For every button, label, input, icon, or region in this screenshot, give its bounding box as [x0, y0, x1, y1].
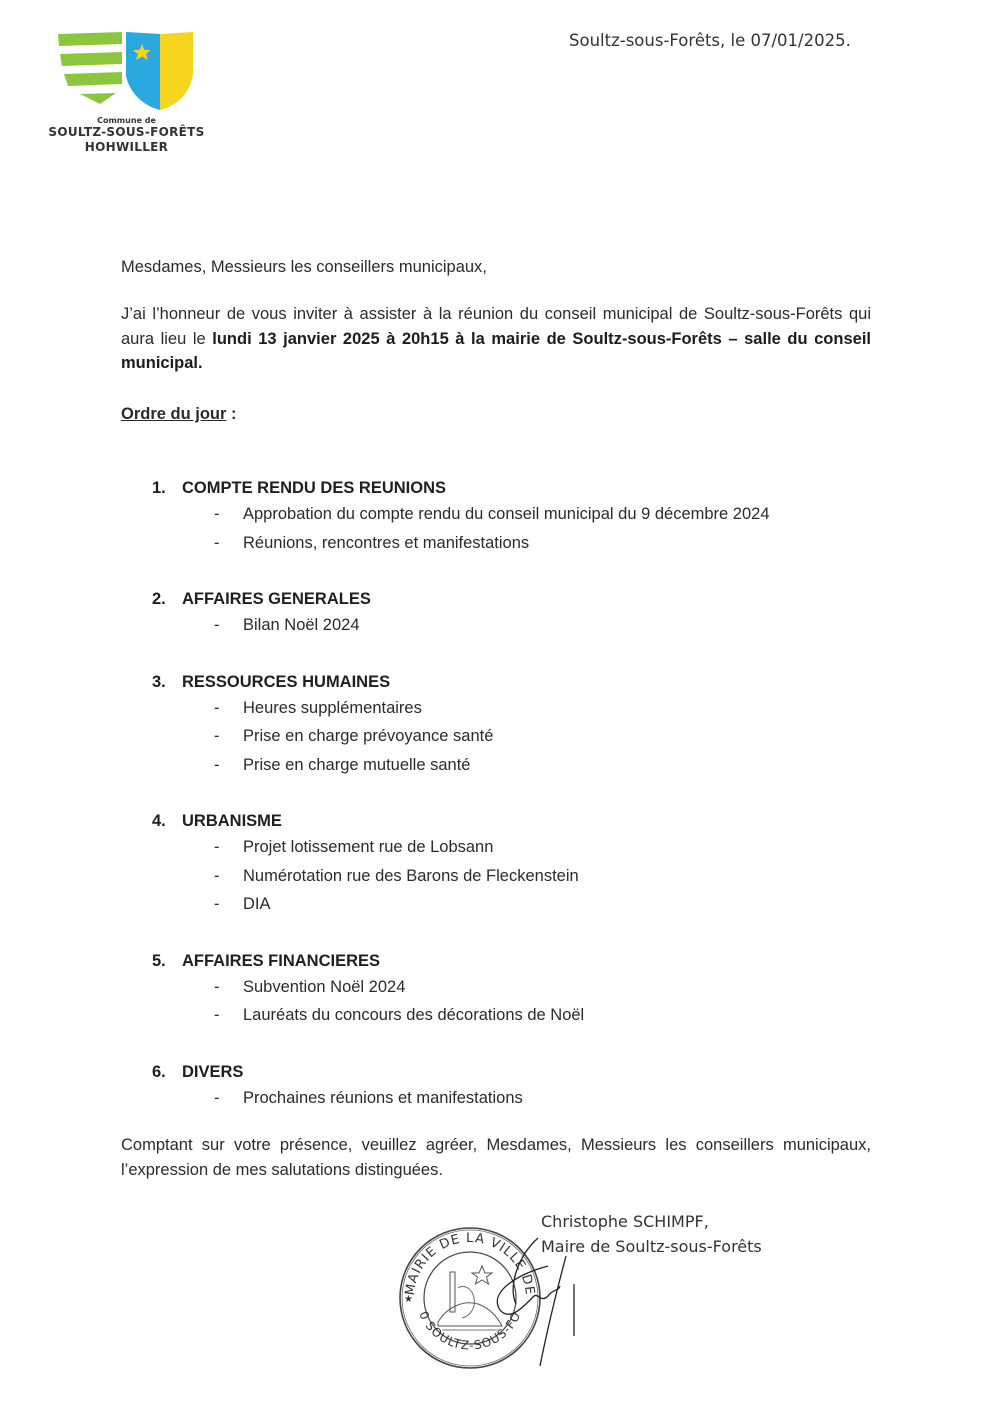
agenda-item-text: Subvention Noël 2024: [243, 978, 405, 996]
bullet-dash: -: [214, 694, 220, 723]
agenda-item-text: Numérotation rue des Barons de Fleckenst…: [243, 867, 579, 885]
closing-paragraph: Comptant sur votre présence, veuillez ag…: [121, 1133, 871, 1182]
agenda-section-label: COMPTE RENDU DES REUNIONS: [182, 479, 446, 497]
agenda-item: -Prise en charge prévoyance santé: [152, 722, 872, 751]
agenda-item: -Réunions, rencontres et manifestations: [152, 529, 872, 558]
agenda-item: -Heures supplémentaires: [152, 694, 872, 723]
agenda-item: -Prise en charge mutuelle santé: [152, 751, 872, 780]
agenda-item-text: Prise en charge prévoyance santé: [243, 727, 493, 745]
svg-text:MAIRIE DE LA VILLE DE: MAIRIE DE LA VILLE DE: [403, 1231, 537, 1296]
agenda-item: -Projet lotissement rue de Lobsann: [152, 833, 872, 862]
agenda-item: -Subvention Noël 2024: [152, 973, 872, 1002]
bullet-dash: -: [214, 1084, 220, 1113]
agenda-section-label: URBANISME: [182, 812, 282, 830]
agenda-section-number: 1.: [152, 476, 182, 500]
svg-text:★: ★: [404, 1294, 413, 1305]
intro-paragraph: J’ai l’honneur de vous inviter à assiste…: [121, 302, 871, 376]
agenda-section-title: 1.COMPTE RENDU DES REUNIONS: [152, 476, 872, 500]
agenda-section-number: 3.: [152, 670, 182, 694]
logo-caption: Commune de: [44, 116, 209, 125]
bullet-dash: -: [214, 890, 220, 919]
salutation: Mesdames, Messieurs les conseillers muni…: [121, 255, 871, 280]
agenda-section: 1.COMPTE RENDU DES REUNIONS-Approbation …: [152, 476, 872, 557]
meeting-details: lundi 13 janvier 2025 à 20h15 à la mairi…: [121, 330, 871, 373]
agenda-item: -Bilan Noël 2024: [152, 611, 872, 640]
agenda-item: -Prochaines réunions et manifestations: [152, 1084, 872, 1113]
agenda-section-title: 6.DIVERS: [152, 1060, 872, 1084]
bullet-dash: -: [214, 611, 220, 640]
agenda-item-text: Bilan Noël 2024: [243, 616, 360, 634]
agenda-section: 5.AFFAIRES FINANCIERES-Subvention Noël 2…: [152, 949, 872, 1030]
agenda-section-title: 4.URBANISME: [152, 809, 872, 833]
agenda-item-text: Prise en charge mutuelle santé: [243, 756, 470, 774]
agenda-section: 2.AFFAIRES GENERALES-Bilan Noël 2024: [152, 587, 872, 640]
commune-logo: Commune de SOULTZ-SOUS-FORÊTS HOHWILLER: [44, 30, 209, 155]
agenda-item-text: Réunions, rencontres et manifestations: [243, 534, 529, 552]
agenda-section-number: 5.: [152, 949, 182, 973]
agenda-item: -Approbation du compte rendu du conseil …: [152, 500, 872, 529]
agenda-heading: Ordre du jour :: [121, 402, 871, 427]
coat-of-arms-icon: [56, 30, 196, 112]
letter-page: Commune de SOULTZ-SOUS-FORÊTS HOHWILLER …: [0, 0, 1000, 1415]
agenda-heading-colon: :: [226, 405, 236, 423]
agenda-section-label: RESSOURCES HUMAINES: [182, 673, 390, 691]
agenda-list: 1.COMPTE RENDU DES REUNIONS-Approbation …: [152, 476, 872, 1142]
agenda-section-title: 2.AFFAIRES GENERALES: [152, 587, 872, 611]
bullet-dash: -: [214, 862, 220, 891]
agenda-heading-label: Ordre du jour: [121, 405, 226, 423]
agenda-section-number: 6.: [152, 1060, 182, 1084]
logo-commune-sub: HOHWILLER: [44, 140, 209, 155]
agenda-section-title: 5.AFFAIRES FINANCIERES: [152, 949, 872, 973]
stamp-seal-icon: MAIRIE DE LA VILLE DE 67250 SOULTZ-SOUS-…: [398, 1226, 598, 1376]
agenda-section: 6.DIVERS-Prochaines réunions et manifest…: [152, 1060, 872, 1113]
logo-commune-name: SOULTZ-SOUS-FORÊTS: [44, 125, 209, 140]
date-line: Soultz-sous-Forêts, le 07/01/2025.: [569, 31, 851, 50]
bullet-dash: -: [214, 1001, 220, 1030]
bullet-dash: -: [214, 500, 220, 529]
agenda-section-label: AFFAIRES FINANCIERES: [182, 952, 380, 970]
agenda-item-text: Heures supplémentaires: [243, 699, 422, 717]
bullet-dash: -: [214, 529, 220, 558]
agenda-section: 4.URBANISME-Projet lotissement rue de Lo…: [152, 809, 872, 919]
agenda-section-number: 4.: [152, 809, 182, 833]
agenda-item-text: Approbation du compte rendu du conseil m…: [243, 505, 770, 523]
bullet-dash: -: [214, 722, 220, 751]
agenda-section-number: 2.: [152, 587, 182, 611]
official-stamp: MAIRIE DE LA VILLE DE 67250 SOULTZ-SOUS-…: [398, 1226, 598, 1380]
agenda-section: 3.RESSOURCES HUMAINES-Heures supplémenta…: [152, 670, 872, 780]
agenda-item-text: Lauréats du concours des décorations de …: [243, 1006, 584, 1024]
bullet-dash: -: [214, 751, 220, 780]
agenda-section-title: 3.RESSOURCES HUMAINES: [152, 670, 872, 694]
agenda-item-text: Prochaines réunions et manifestations: [243, 1089, 523, 1107]
agenda-item: -Lauréats du concours des décorations de…: [152, 1001, 872, 1030]
agenda-section-label: AFFAIRES GENERALES: [182, 590, 371, 608]
agenda-item-text: Projet lotissement rue de Lobsann: [243, 838, 493, 856]
bullet-dash: -: [214, 833, 220, 862]
agenda-item-text: DIA: [243, 895, 271, 913]
agenda-item: -DIA: [152, 890, 872, 919]
bullet-dash: -: [214, 973, 220, 1002]
agenda-section-label: DIVERS: [182, 1063, 243, 1081]
agenda-item: -Numérotation rue des Barons de Fleckens…: [152, 862, 872, 891]
